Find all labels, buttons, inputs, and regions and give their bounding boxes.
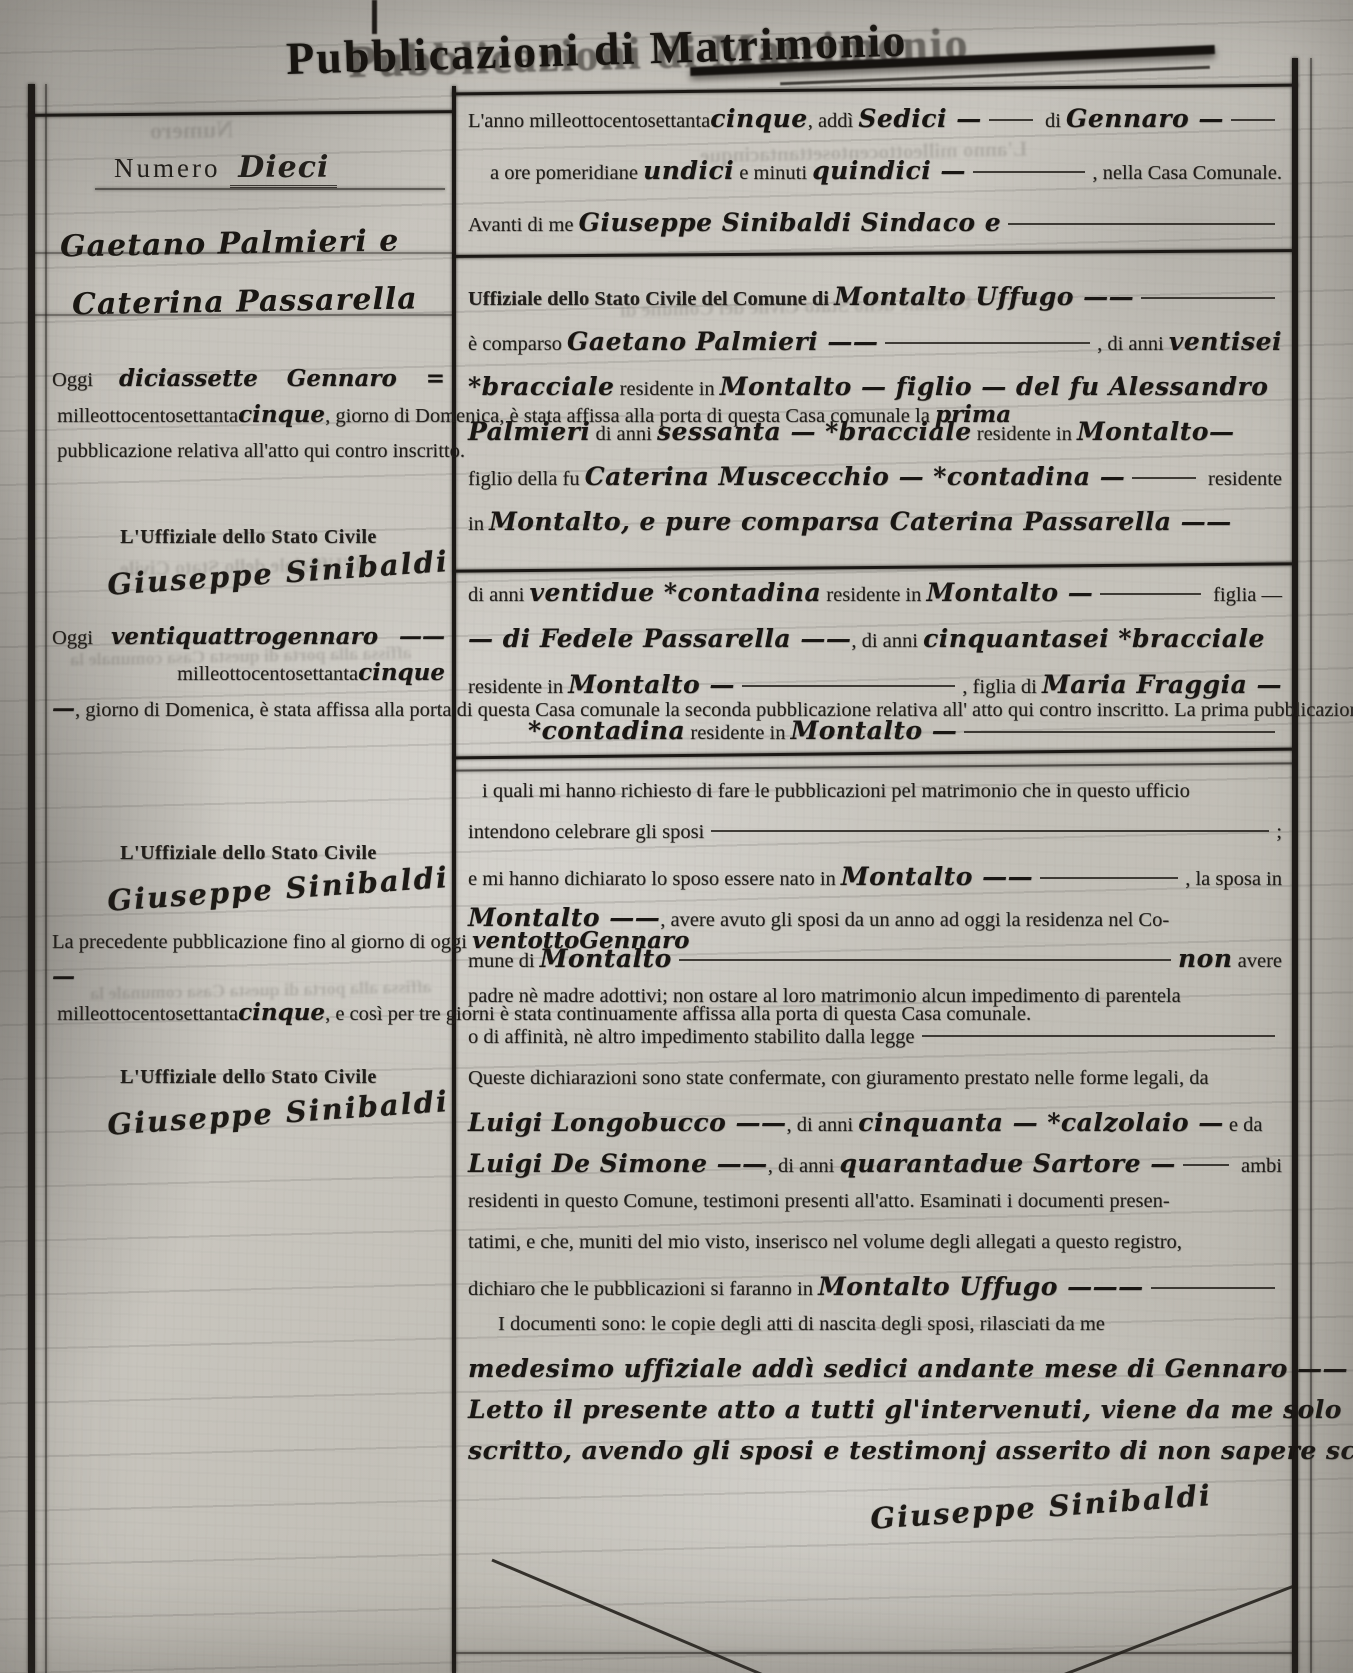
act-line: Avanti di me Giuseppe Sinibaldi Sindaco … <box>468 208 1282 260</box>
handwritten-text: ventisei <box>1169 327 1282 356</box>
printed-text: , la sposa in <box>1185 868 1282 891</box>
act-line: figlio della fu Caterina Muscecchio — *c… <box>468 462 1282 507</box>
numero-rule <box>95 188 445 190</box>
printed-text: , di anni <box>787 1114 859 1137</box>
handwritten-text: Montalto Uffugo ——— <box>818 1272 1144 1301</box>
act-line: *bracciale residente in Montalto — figli… <box>468 372 1282 417</box>
printed-text: figlio della fu <box>468 468 585 491</box>
printed-text: è comparso <box>468 333 567 356</box>
act-line: *contadina residente in Montalto — <box>468 716 1282 762</box>
printed-text: , addì <box>808 110 859 133</box>
fill-rule <box>973 171 1086 173</box>
handwritten-text: ventidue *contadina <box>530 578 822 607</box>
printed-text: Uffiziale dello Stato Civile del Comune … <box>468 288 834 311</box>
fill-rule <box>1231 119 1275 121</box>
official-signature: Giuseppe Sinibaldi <box>106 544 450 602</box>
printed-text: Oggi <box>52 369 119 391</box>
printed-text: i quali mi hanno richiesto di fare le pu… <box>482 780 1190 803</box>
fill-rule <box>1008 223 1275 225</box>
printed-text: , di anni <box>768 1155 840 1178</box>
act-number-line: Numero Dieci <box>52 150 507 185</box>
handwritten-text: Palmieri <box>468 417 590 446</box>
printed-text: e da <box>1224 1114 1263 1137</box>
printed-text: avere <box>1233 950 1283 973</box>
act-line: residente in Montalto —, figlia di Maria… <box>468 670 1282 716</box>
handwritten-text: *contadina <box>528 716 685 745</box>
printed-text: di anni <box>590 423 657 446</box>
act-line: Queste dichiarazioni sono state conferma… <box>468 1067 1282 1108</box>
page-border-left <box>28 84 35 1673</box>
fill-rule <box>1100 593 1201 595</box>
act-line: padre nè madre adottivi; non ostare al l… <box>468 985 1282 1026</box>
act-opening-block: L'anno milleottocentosettantacinque, add… <box>468 104 1282 260</box>
handwritten-text: Montalto — <box>791 716 958 745</box>
handwritten-text: undici <box>643 156 734 185</box>
act-line: i quali mi hanno richiesto di fare le pu… <box>468 780 1282 821</box>
official-title: L'Uffiziale dello Stato Civile <box>52 842 445 865</box>
act-line: Letto il presente atto a tutti gl'interv… <box>468 1395 1282 1436</box>
act-line: Montalto ——, avere avuto gli sposi da un… <box>468 903 1282 944</box>
left-column-top-rule <box>28 110 454 117</box>
printed-text: milleottocentosettanta <box>52 663 358 685</box>
printed-text: Queste dichiarazioni sono state conferma… <box>468 1067 1209 1090</box>
handwritten-text: ventiquattrogennaro —— <box>111 623 445 650</box>
page-border-right-inner <box>1310 58 1312 1673</box>
printed-text: di <box>1040 110 1066 133</box>
handwritten-text: Montalto — <box>568 670 735 699</box>
handwritten-text: Montalto — figlio — del fu Alessandro <box>720 372 1269 401</box>
official-title: L'Uffiziale dello Stato Civile <box>52 526 445 549</box>
printed-text: Avanti di me <box>468 214 579 237</box>
handwritten-text: Montalto —— <box>841 862 1033 891</box>
handwritten-text: Luigi Longobucco —— <box>468 1108 787 1137</box>
act-line: mune di Montaltonon avere <box>468 944 1282 985</box>
handwritten-text: Gennaro — <box>1066 104 1224 133</box>
fill-rule <box>989 119 1033 121</box>
official-signature: Giuseppe Sinibaldi <box>869 1478 1213 1536</box>
act-line: L'anno milleottocentosettantacinque, add… <box>468 104 1282 156</box>
closing-signature-line: Giuseppe Sinibaldi <box>468 1477 1282 1537</box>
official-signature: Giuseppe Sinibaldi <box>106 1084 450 1142</box>
printed-text: milleottocentosettanta <box>52 1003 238 1025</box>
second-publication-paragraph: Oggi ventiquattrogennaro —— milleottocen… <box>52 620 445 728</box>
printed-text: , di anni <box>851 630 923 653</box>
handwritten-text: — di Fedele Passarella —— <box>468 624 851 653</box>
fill-rule <box>742 685 955 687</box>
fill-rule <box>1151 1287 1275 1289</box>
handwritten-text: Sedici — <box>858 104 981 133</box>
act-line: intendono celebrare gli sposi; <box>468 821 1282 862</box>
official-title: L'Uffiziale dello Stato Civile <box>52 1066 445 1089</box>
handwritten-text: *bracciale <box>468 372 614 401</box>
spouse-name-bride: Caterina Passarella <box>72 281 466 323</box>
printed-text: residente in <box>685 722 790 745</box>
handwritten-text: sessanta — *bracciale <box>657 417 972 446</box>
printed-text: residente in <box>614 378 719 401</box>
handwritten-text: Gaetano Palmieri —— <box>567 327 878 356</box>
act-line: I documenti sono: le copie degli atti di… <box>468 1313 1282 1354</box>
page-border-right <box>1292 58 1298 1673</box>
printed-text: dichiaro che le pubblicazioni si faranno… <box>468 1278 818 1301</box>
printed-text: e minuti <box>734 162 812 185</box>
printed-text: e mi hanno dichiarato lo sposo essere na… <box>468 868 841 891</box>
printed-text: residente <box>1203 468 1282 491</box>
printed-text: mune di <box>468 950 540 973</box>
printed-text: intendono celebrare gli sposi <box>468 821 704 844</box>
printed-text: Oggi <box>52 627 111 649</box>
printed-text: residente in <box>468 676 568 699</box>
act-line: di anni ventidue *contadina residente in… <box>468 578 1282 624</box>
handwritten-text: cinque <box>238 401 325 428</box>
printed-text: , nella Casa Comunale. <box>1092 162 1282 185</box>
act-line: Palmieri di anni sessanta — *bracciale r… <box>468 417 1282 462</box>
fill-rule <box>1132 477 1196 479</box>
official-signature: Giuseppe Sinibaldi <box>106 860 450 918</box>
fill-rule <box>964 731 1275 733</box>
handwritten-text: cinque <box>238 999 325 1026</box>
numero-label: Numero <box>114 153 220 183</box>
printed-text: a ore pomeridiane <box>490 162 643 185</box>
fill-rule <box>1040 877 1178 879</box>
printed-text: , figlia di <box>962 676 1042 699</box>
act-line: Luigi De Simone ——, di anni quarantadue … <box>468 1149 1282 1190</box>
bride-declaration-block: di anni ventidue *contadina residente in… <box>468 578 1282 762</box>
act-line: o di affinità, nè altro impedimento stab… <box>468 1026 1282 1067</box>
printed-text: pubblicazione relativa all'atto qui cont… <box>52 440 465 462</box>
act-line: in Montalto, e pure comparsa Caterina Pa… <box>468 507 1282 552</box>
handwritten-text: quindici — <box>812 156 966 185</box>
bleed-through-text: Numero <box>150 117 234 146</box>
handwritten-text: Montalto <box>540 944 672 973</box>
ink-mark <box>372 0 377 34</box>
handwritten-text: cinque <box>710 104 807 133</box>
act-line: Uffiziale dello Stato Civile del Comune … <box>468 282 1282 327</box>
handwritten-text: Luigi De Simone —— <box>468 1149 768 1178</box>
handwritten-text: Montalto —— <box>468 903 660 932</box>
act-line: scritto, avendo gli sposi e testimonj as… <box>468 1436 1282 1477</box>
third-publication-paragraph: La precedente pubblicazione fino al gior… <box>52 924 445 1032</box>
act-line: tatimi, e che, muniti del mio visto, ins… <box>468 1231 1282 1272</box>
printed-text: figlia — <box>1208 584 1282 607</box>
act-line: è comparso Gaetano Palmieri ——, di anni … <box>468 327 1282 372</box>
printed-text: milleottocentosettanta <box>52 405 238 427</box>
handwritten-text: scritto, avendo gli sposi e testimonj as… <box>468 1436 1353 1465</box>
printed-text: tatimi, e che, muniti del mio visto, ins… <box>468 1231 1182 1254</box>
act-line: medesimo uffiziale addì sedici andante m… <box>468 1354 1282 1395</box>
handwritten-text: cinquantasei *bracciale <box>923 624 1265 653</box>
printed-text: ; <box>1276 821 1282 844</box>
handwritten-text: Caterina Muscecchio — *contadina — <box>585 462 1126 491</box>
handwritten-text: cinquanta — *calzolaio — <box>858 1108 1224 1137</box>
first-publication-paragraph: Oggi diciassette Gennaro = milleottocent… <box>52 362 445 469</box>
spouse-name-groom: Gaetano Palmieri e <box>60 223 454 265</box>
page-border-left-inner <box>45 84 47 1673</box>
printed-text: residenti in questo Comune, testimoni pr… <box>468 1190 1170 1213</box>
fill-rule <box>922 1035 1275 1037</box>
groom-declaration-block: Uffiziale dello Stato Civile del Comune … <box>468 282 1282 552</box>
printed-text: padre nè madre adottivi; non ostare al l… <box>468 985 1181 1008</box>
printed-text: , avere avuto gli sposi da un anno ad og… <box>660 909 1169 932</box>
fill-rule <box>1141 297 1275 299</box>
handwritten-text: Montalto — <box>927 578 1094 607</box>
bottom-rule <box>454 1652 1294 1654</box>
printed-text: La precedente pubblicazione fino al gior… <box>52 931 472 953</box>
handwritten-text: quarantadue Sartore — <box>839 1149 1175 1178</box>
printed-text: di anni <box>468 584 530 607</box>
handwritten-text: diciassette Gennaro = <box>119 365 445 392</box>
act-line: a ore pomeridiane undici e minuti quindi… <box>468 156 1282 208</box>
act-number-value: Dieci <box>230 150 337 188</box>
fill-rule <box>1183 1164 1229 1166</box>
act-line: dichiaro che le pubblicazioni si faranno… <box>468 1272 1282 1313</box>
printed-text: o di affinità, nè altro impedimento stab… <box>468 1026 915 1049</box>
request-and-witnesses-block: i quali mi hanno richiesto di fare le pu… <box>468 780 1282 1537</box>
fill-rule <box>885 342 1090 344</box>
section-separator <box>454 562 1294 572</box>
printed-text: in <box>468 513 489 536</box>
handwritten-text: Giuseppe Sinibaldi Sindaco e <box>579 208 1002 237</box>
handwritten-text: medesimo uffiziale addì sedici andante m… <box>468 1354 1348 1383</box>
handwritten-text: Montalto— <box>1077 417 1235 446</box>
printed-text: L'anno milleottocentosettanta <box>468 110 710 133</box>
act-line: e mi hanno dichiarato lo sposo essere na… <box>468 862 1282 903</box>
act-line: Luigi Longobucco ——, di anni cinquanta —… <box>468 1108 1282 1149</box>
printed-text: I documenti sono: le copie degli atti di… <box>498 1313 1105 1336</box>
column-divider <box>452 86 456 1673</box>
handwritten-text: Letto il presente atto a tutti gl'interv… <box>468 1395 1342 1424</box>
printed-text: residente in <box>972 423 1077 446</box>
handwritten-text: Montalto, e pure comparsa Caterina Passa… <box>489 507 1232 536</box>
printed-text: ambi <box>1236 1155 1282 1178</box>
act-line: — di Fedele Passarella ——, di anni cinqu… <box>468 624 1282 670</box>
handwritten-text: non <box>1178 944 1233 973</box>
handwritten-text: Maria Fraggia — <box>1042 670 1282 699</box>
printed-text: residente in <box>821 584 926 607</box>
fill-rule <box>679 959 1171 961</box>
printed-text: , di anni <box>1097 333 1169 356</box>
fill-rule <box>711 830 1269 832</box>
section-separator-double <box>454 762 1294 771</box>
act-line: residenti in questo Comune, testimoni pr… <box>468 1190 1282 1231</box>
scanned-marriage-publication-record: Numero L'Uffiziale dello Stato Civile af… <box>0 0 1353 1673</box>
handwritten-text: Montalto Uffugo —— <box>834 282 1134 311</box>
